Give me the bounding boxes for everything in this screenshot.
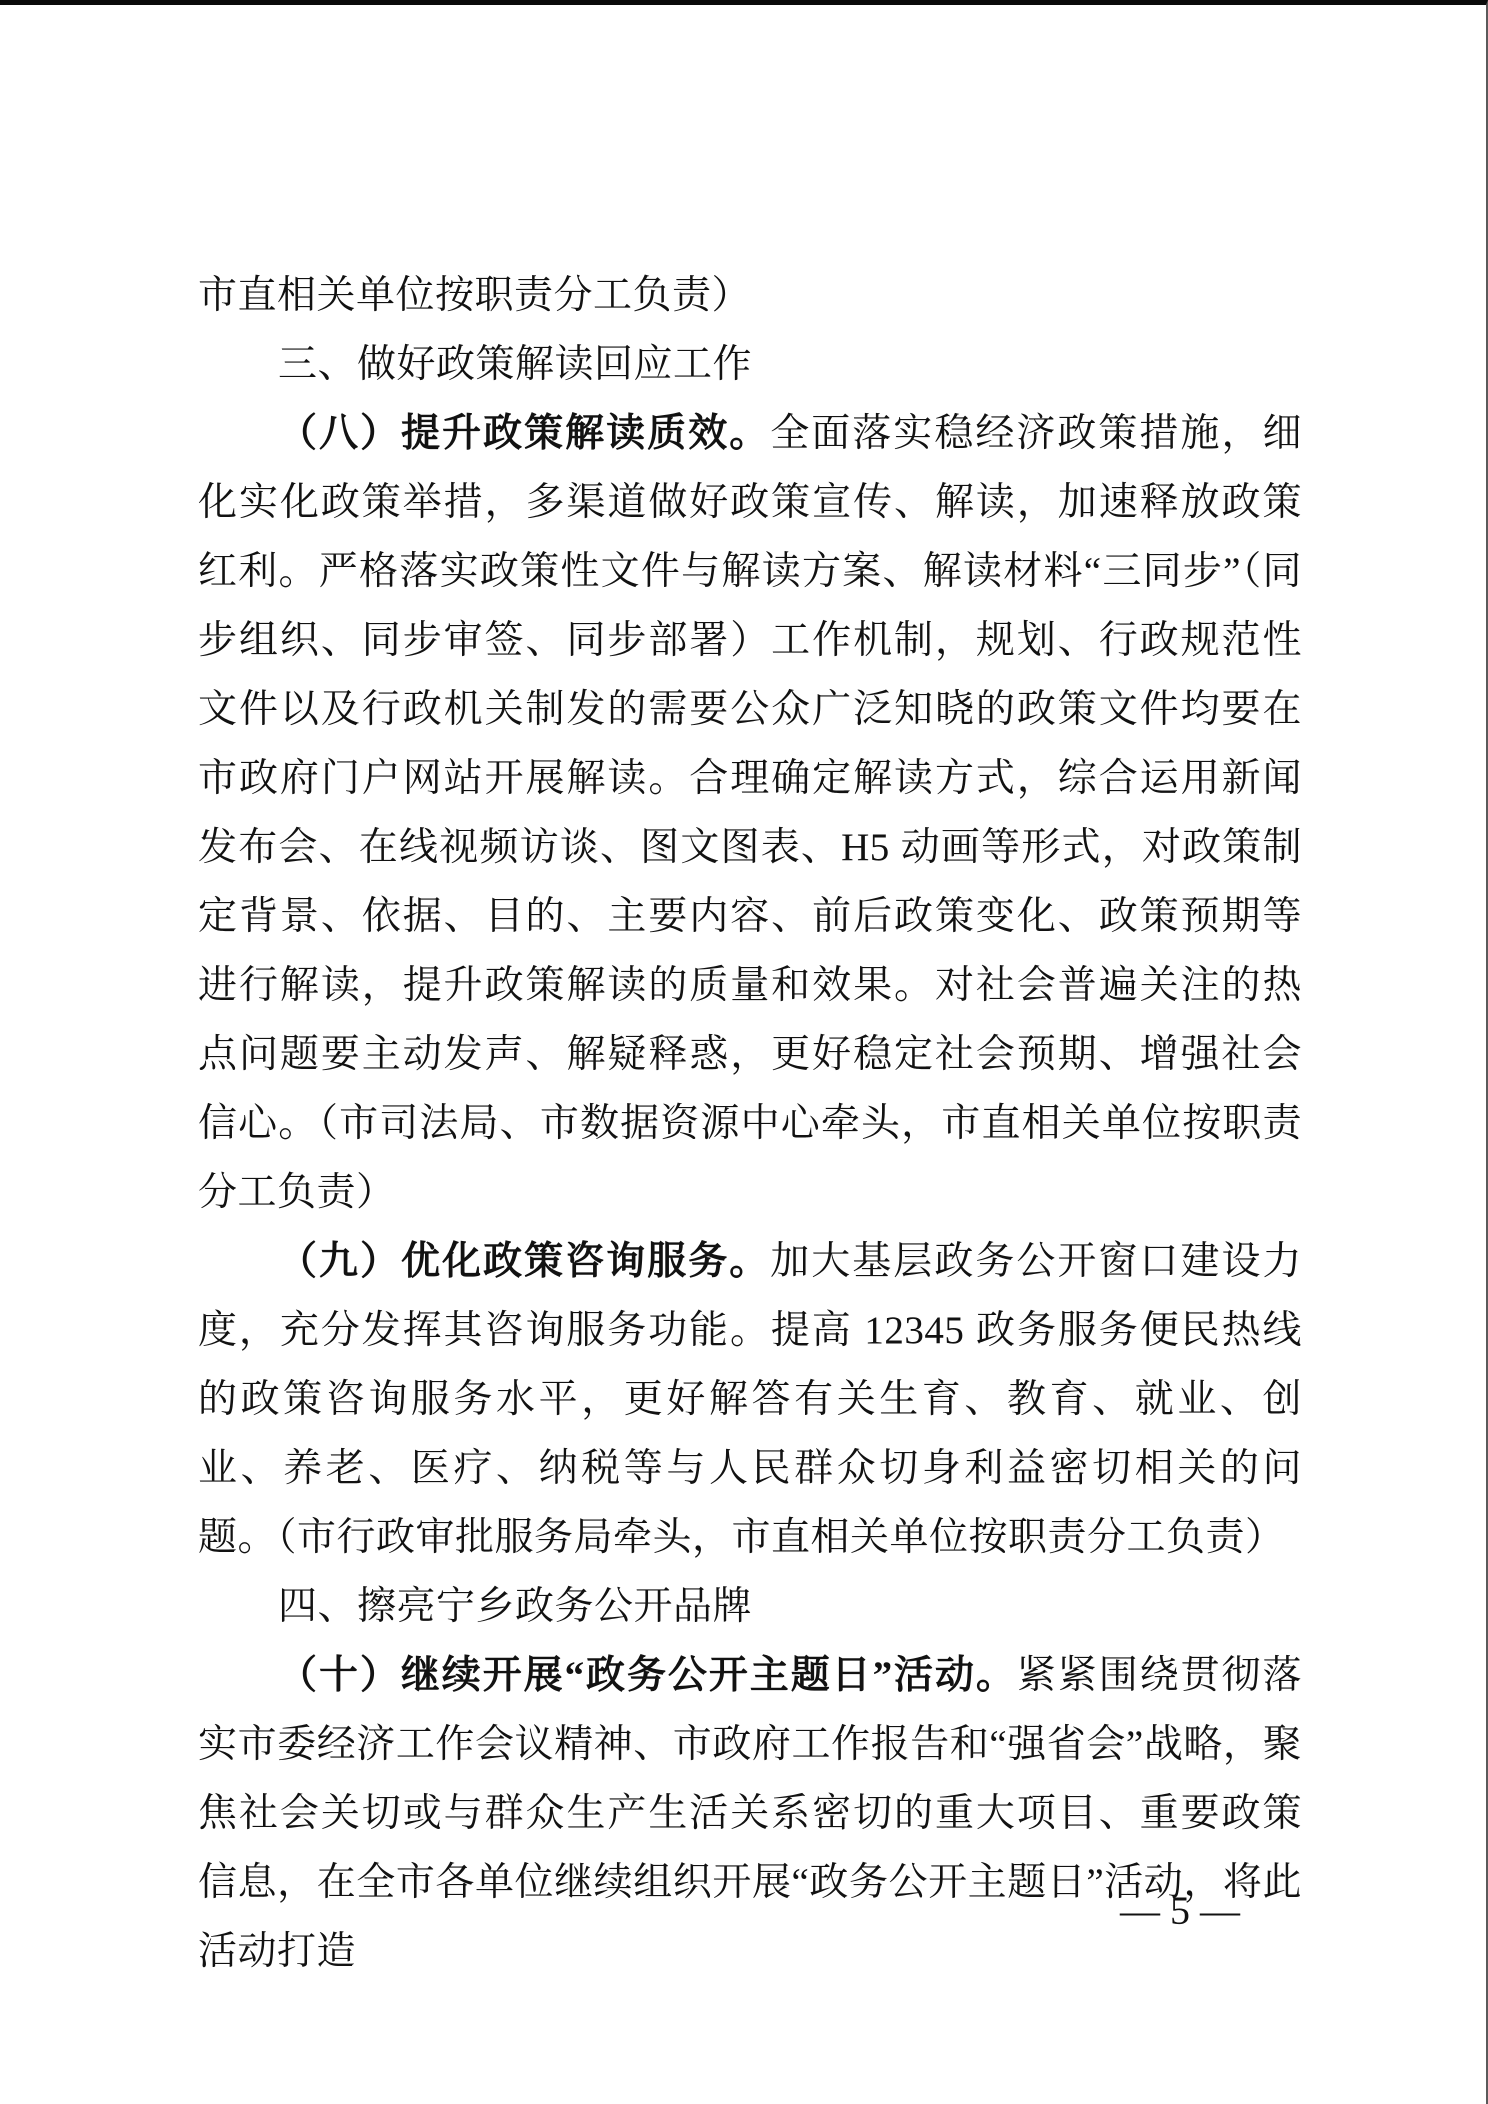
section-4-heading: 四、擦亮宁乡政务公开品牌 <box>198 1572 1302 1641</box>
document-body: 市直相关单位按职责分工负责） 三、做好政策解读回应工作 （八）提升政策解读质效。… <box>198 261 1302 1986</box>
paragraph-8-lead: （八）提升政策解读质效。 <box>278 412 770 455</box>
paragraph-8-text: 全面落实稳经济政策措施，细化实化政策举措，多渠道做好政策宣传、解读，加速释放政策… <box>198 412 1302 1214</box>
page-number: — 5 — <box>1050 1887 1310 1935</box>
paragraph-8: （八）提升政策解读质效。全面落实稳经济政策措施，细化实化政策举措，多渠道做好政策… <box>198 399 1302 1227</box>
paragraph-9-text: 加大基层政务公开窗口建设力度，充分发挥其咨询服务功能。提高 12345 政务服务… <box>198 1240 1302 1559</box>
paragraph-10-lead: （十）继续开展“政务公开主题日”活动。 <box>278 1654 1017 1697</box>
paragraph-9: （九）优化政策咨询服务。加大基层政务公开窗口建设力度，充分发挥其咨询服务功能。提… <box>198 1227 1302 1572</box>
document-page: 市直相关单位按职责分工负责） 三、做好政策解读回应工作 （八）提升政策解读质效。… <box>0 0 1488 2104</box>
section-3-heading: 三、做好政策解读回应工作 <box>198 330 1302 399</box>
paragraph-continuation: 市直相关单位按职责分工负责） <box>198 261 1302 330</box>
paragraph-9-lead: （九）优化政策咨询服务。 <box>278 1240 770 1283</box>
